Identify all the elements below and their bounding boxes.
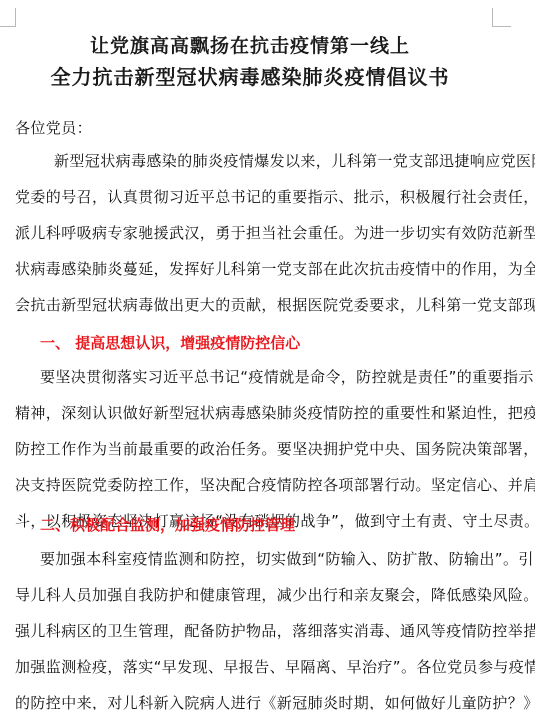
paragraph-line: 决支持医院党委防控工作，坚决配合疫情防控各项部署行动。坚定信心、并肩战 <box>15 474 535 495</box>
paragraph-line: 加强监测检疫，落实“早发现、早报告、早隔离、早治疗”。各位党员参与疫情 <box>15 656 535 677</box>
paragraph-line: 要坚决贯彻落实习近平总书记“疫情就是命令，防控就是责任”的重要指示 <box>40 366 534 387</box>
section-heading: 一、 提高思想认识，增强疫情防控信心 <box>40 332 300 353</box>
document-title-line-1: 让党旗高高飘扬在抗击疫情第一线上 <box>0 31 500 58</box>
paragraph-line: 要加强本科室疫情监测和防控，切实做到“防输入、防扩散、防输出”。引 <box>40 548 534 569</box>
margin-corner-mark-top-left <box>0 8 16 27</box>
paragraph-line: 新型冠状病毒感染的肺炎疫情爆发以来，儿科第一党支部迅捷响应党医院 <box>54 150 535 171</box>
paragraph-line: 会抗击新型冠状病毒做出更大的贡献，根据医院党委要求，儿科第一党支部现向 <box>15 294 535 315</box>
paragraph-line: 派儿科呼吸病专家驰援武汉，勇于担当社会重任。为进一步切实有效防范新型冠 <box>15 222 535 243</box>
paragraph-line: 强儿科病区的卫生管理，配备防护物品，落细落实消毒、通风等疫情防控举措， <box>15 620 535 641</box>
paragraph-line: 防控工作作为当前最重要的政治任务。要坚决拥护党中央、国务院决策部署，坚 <box>15 438 535 459</box>
paragraph-line: 导儿科人员加强自我防护和健康管理，减少出行和亲友聚会，降低感染风险。加 <box>15 584 535 605</box>
margin-corner-mark-top-right <box>492 8 511 27</box>
paragraph-line: 党委的号召，认真贯彻习近平总书记的重要指示、批示，积极履行社会责任，选 <box>15 186 535 207</box>
paragraph-line: 的防控中来，对儿科新入院病人进行《新冠肺炎时期，如何做好儿童防护？》的 <box>15 692 535 710</box>
paragraph-line: 状病毒感染肺炎蔓延，发挥好儿科第一党支部在此次抗击疫情中的作用，为全社 <box>15 258 535 279</box>
document-title-line-2: 全力抗击新型冠状病毒感染肺炎疫情倡议书 <box>0 61 500 90</box>
paragraph-line: 精神，深刻认识做好新型冠状病毒感染肺炎疫情防控的重要性和紧迫性，把疫情 <box>15 402 535 423</box>
section-heading: 二、积极配合监测，加强疫情防控管理 <box>40 514 295 535</box>
salutation: 各位党员： <box>15 117 92 138</box>
